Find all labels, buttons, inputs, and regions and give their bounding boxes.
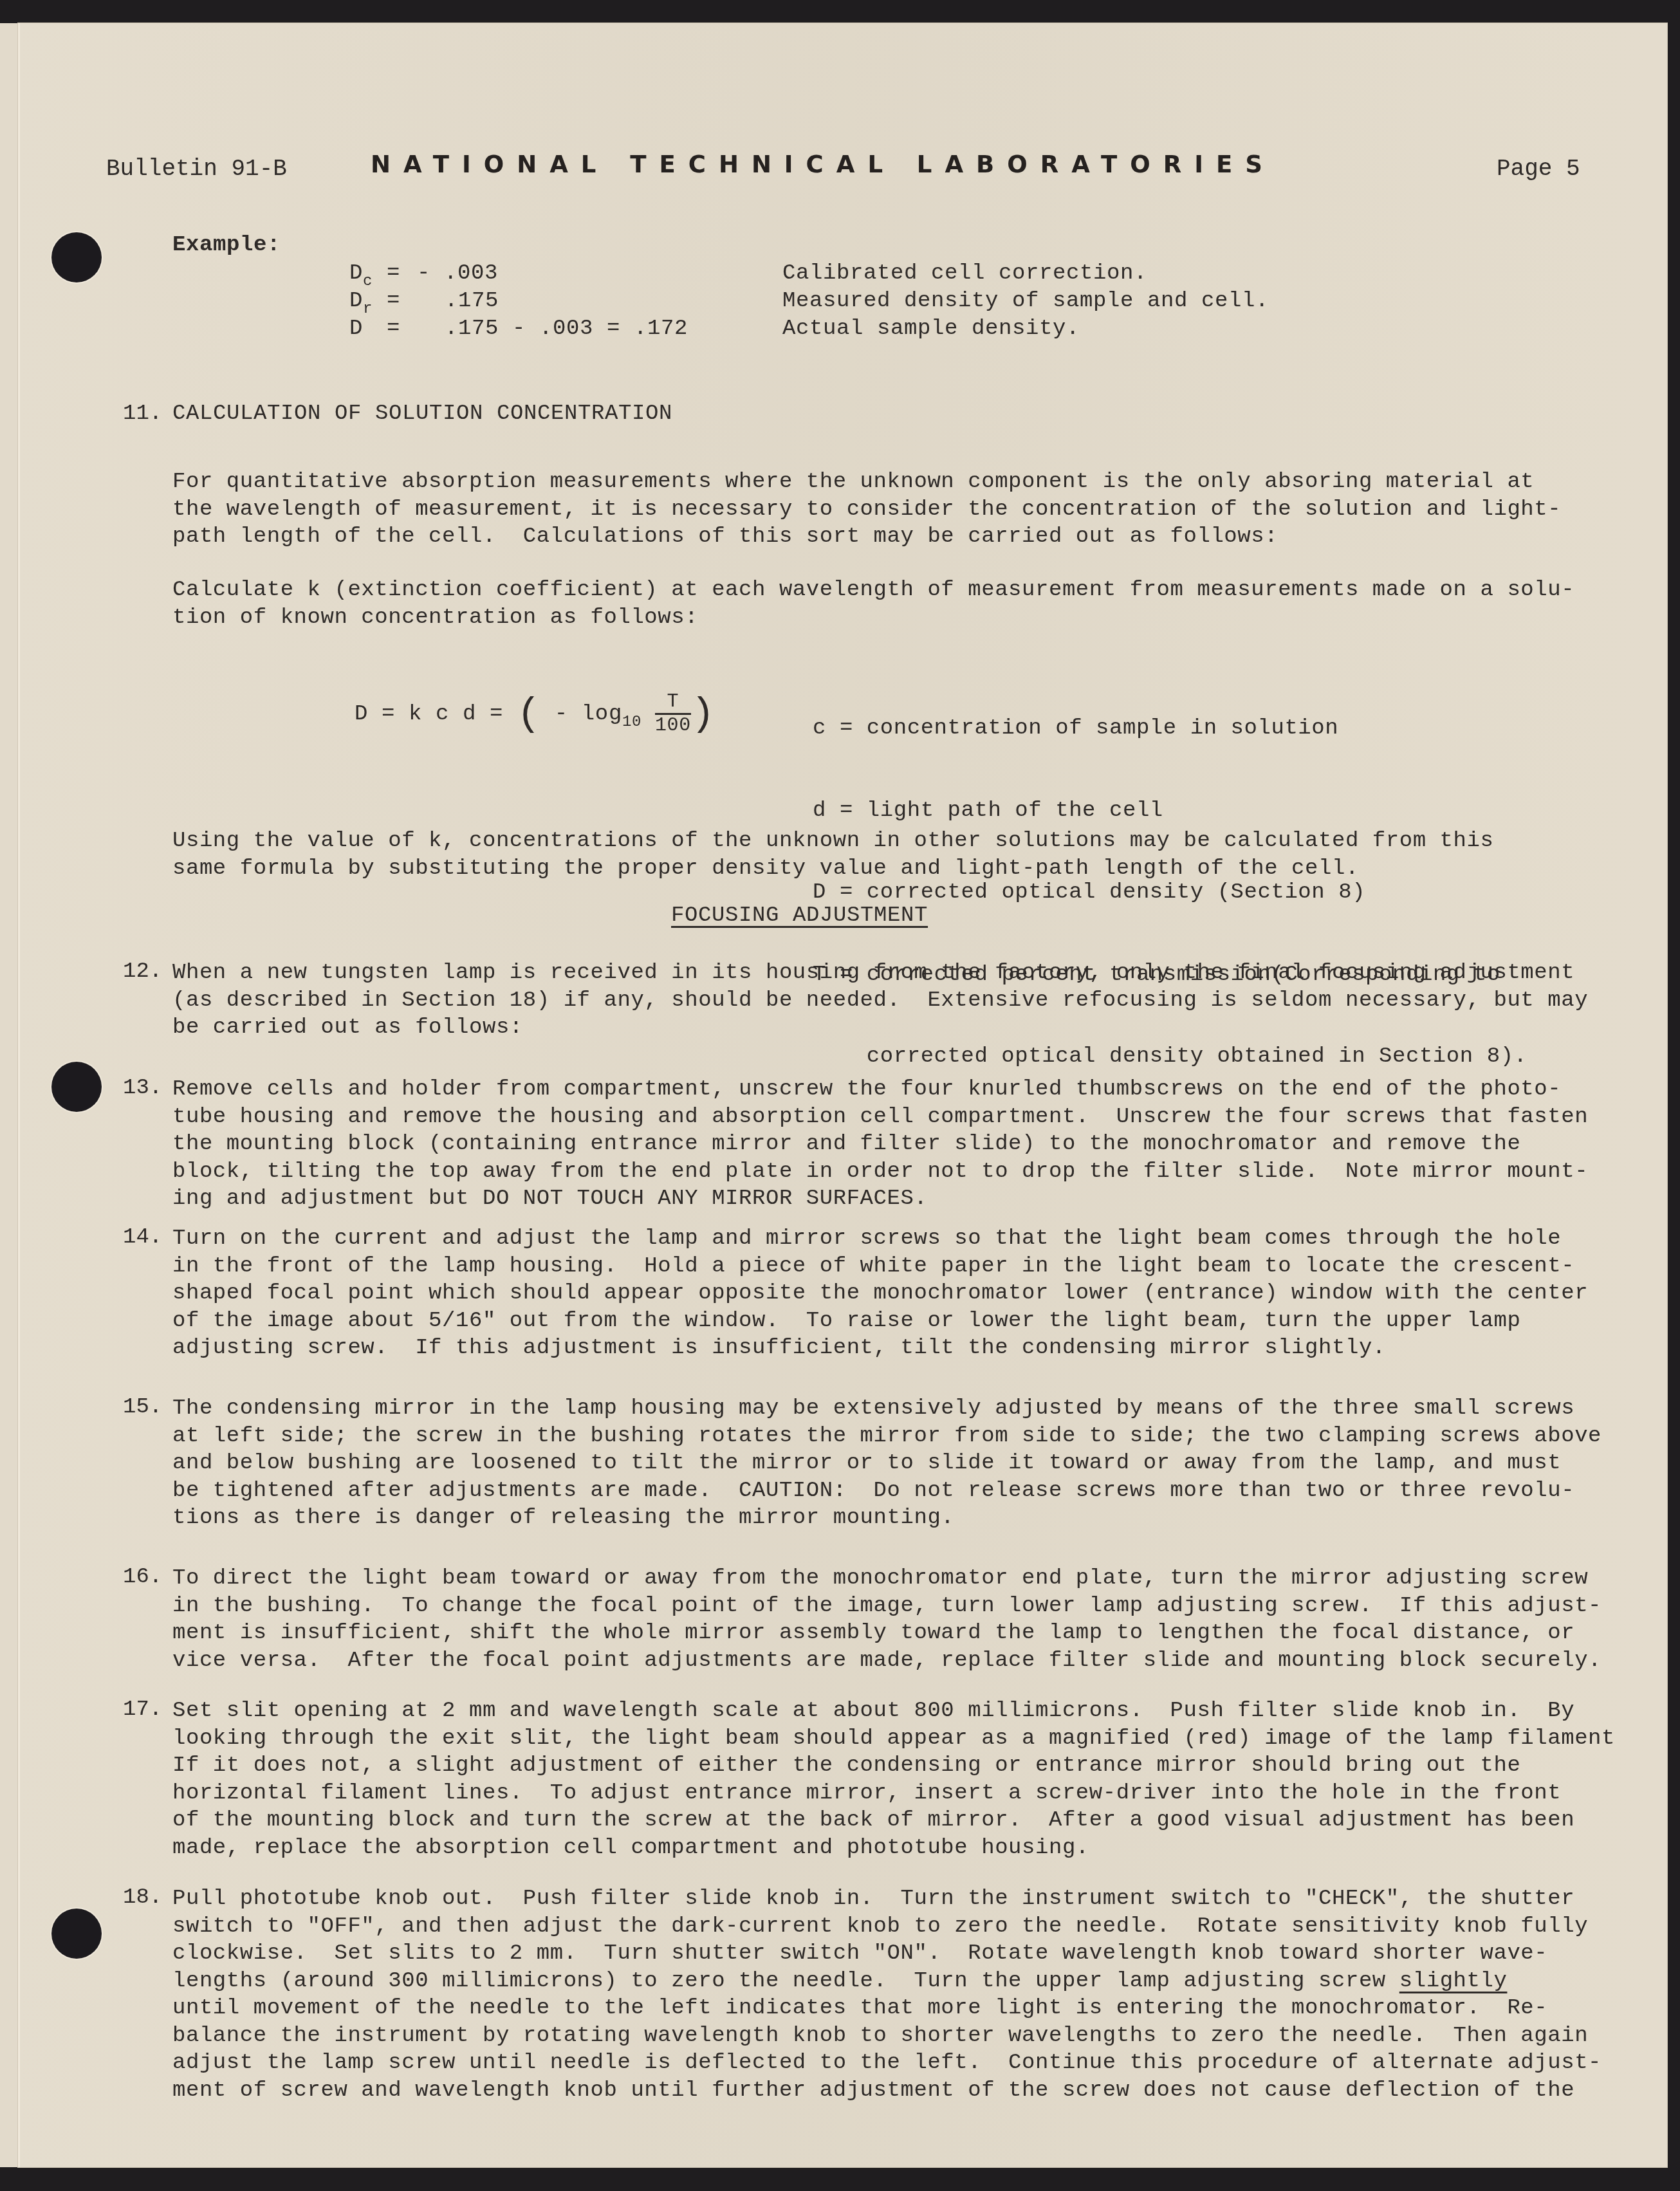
item-18-text: Pull phototube knob out. Push filter sli… — [172, 1885, 1614, 2104]
item-number: 13. — [123, 1076, 162, 1100]
formula: D = k c d = ( - log10 T100) — [355, 691, 715, 737]
item-number: 18. — [123, 1885, 162, 1910]
item-14-text: Turn on the current and adjust the lamp … — [172, 1225, 1614, 1362]
item-number: 16. — [123, 1565, 162, 1589]
letterhead-title: NATIONAL TECHNICAL LABORATORIES — [371, 151, 1275, 178]
definition-item: corrected optical density obtained in Se… — [813, 1043, 1649, 1071]
example-value: - .003 — [417, 261, 498, 286]
punch-hole-top — [51, 232, 102, 282]
definition-item: D = corrected optical density (Section 8… — [813, 879, 1649, 907]
item-13-text: Remove cells and holder from compartment… — [172, 1076, 1614, 1213]
example-symbol: Dc — [349, 261, 373, 286]
example-description: Calibrated cell correction. — [782, 261, 1147, 286]
item-17-text: Set slit opening at 2 mm and wavelength … — [172, 1697, 1614, 1862]
item-16-text: To direct the light beam toward or away … — [172, 1565, 1614, 1674]
example-description: Actual sample density. — [782, 317, 1080, 341]
example-symbol: D — [349, 317, 363, 341]
section-heading: CALCULATION OF SOLUTION CONCENTRATION — [172, 402, 672, 426]
example-value: .175 - .003 = .172 — [445, 317, 688, 341]
example-equals: = — [387, 289, 400, 313]
example-equals: = — [387, 317, 400, 341]
example-description: Measured density of sample and cell. — [782, 289, 1269, 313]
definition-item: c = concentration of sample in solution — [813, 715, 1649, 743]
emphasized-word: slightly — [1399, 1969, 1508, 1993]
example-label: Example: — [172, 233, 281, 257]
paragraph-calculate-k: Calculate k (extinction coefficient) at … — [172, 577, 1614, 631]
item-number: 12. — [123, 959, 162, 984]
paragraph-intro: For quantitative absorption measurements… — [172, 468, 1614, 551]
formula-definitions: c = concentration of sample in solution … — [813, 660, 1649, 1125]
fraction: T100 — [655, 691, 691, 737]
bulletin-number: Bulletin 91-B — [106, 156, 287, 182]
document-page: Bulletin 91-B NATIONAL TECHNICAL LABORAT… — [18, 23, 1667, 2167]
definition-item: d = light path of the cell — [813, 797, 1649, 825]
item-15-text: The condensing mirror in the lamp housin… — [172, 1395, 1614, 1532]
item-number: 15. — [123, 1395, 162, 1419]
punch-hole-middle — [51, 1062, 102, 1112]
focusing-adjustment-heading: FOCUSING ADJUSTMENT — [671, 903, 928, 928]
page-number: Page 5 — [1497, 156, 1580, 182]
punch-hole-bottom — [51, 1909, 102, 1959]
example-equals: = — [387, 261, 400, 286]
item-number: 17. — [123, 1697, 162, 1722]
example-symbol: Dr — [349, 289, 373, 313]
item-12-text: When a new tungsten lamp is received in … — [172, 959, 1614, 1042]
paragraph-using-k: Using the value of k, concentrations of … — [172, 827, 1614, 882]
example-value: .175 — [445, 289, 499, 313]
section-number: 11. — [123, 402, 162, 426]
item-number: 14. — [123, 1225, 162, 1250]
